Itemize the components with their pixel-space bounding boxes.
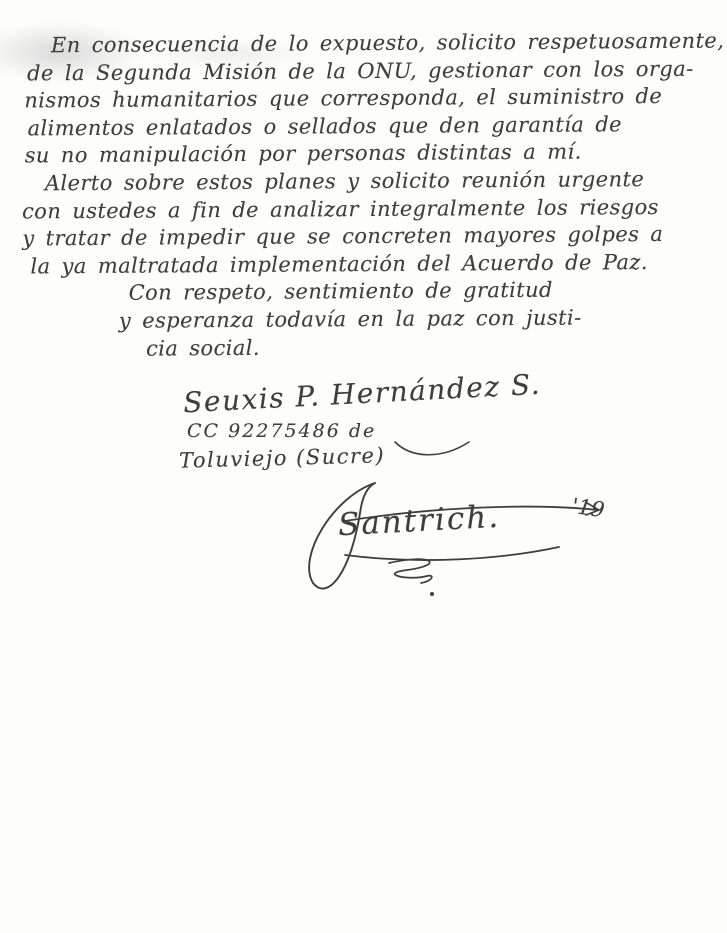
name-tail-flourish-icon bbox=[393, 434, 473, 464]
ink-dot bbox=[430, 592, 434, 596]
letter-body: En consecuencia de lo expuesto, solicito… bbox=[19, 29, 723, 365]
handwritten-line: cia social. bbox=[21, 332, 723, 364]
scanned-letter-page: En consecuencia de lo expuesto, solicito… bbox=[0, 0, 727, 933]
signature-year-mark: '19 bbox=[570, 494, 606, 522]
id-number-line: CC 92275486 de bbox=[187, 420, 376, 442]
place-line: Toluviejo (Sucre) bbox=[179, 443, 386, 472]
signatory-name: Seuxis P. Hernández S. bbox=[182, 368, 541, 420]
